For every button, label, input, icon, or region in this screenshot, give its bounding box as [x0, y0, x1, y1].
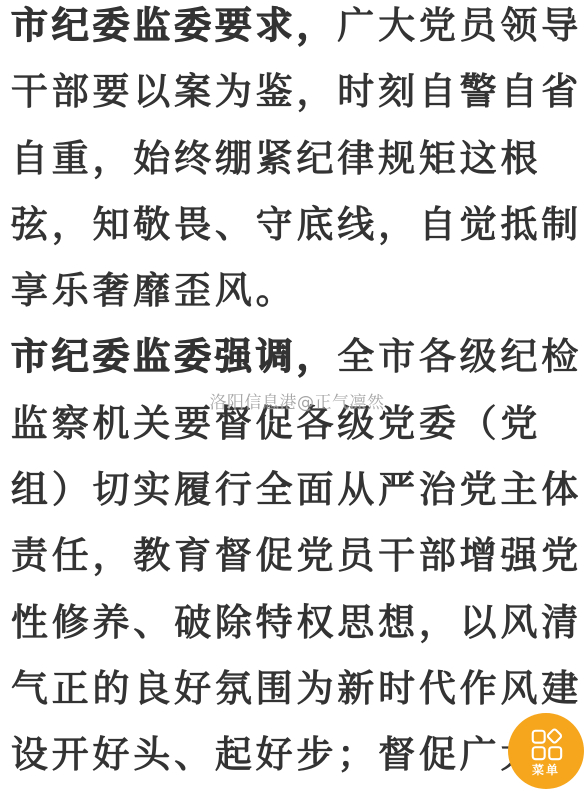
article-page: 市纪委监委要求，广大党员领导干部要以案为鉴，时刻自警自省自重，始终绷紧纪律规矩这…	[0, 0, 586, 800]
text-line: 设开好头、起好步；督促广大	[9, 731, 582, 797]
menu-button[interactable]: 菜单	[508, 713, 584, 789]
text-line: 组）切实履行全面从严治党主体	[9, 466, 582, 532]
text-line: 自重，始终绷紧纪律规矩这根	[9, 135, 582, 201]
text-line: 责任，教育督促党员干部增强党	[9, 532, 582, 598]
text-line: 性修养、破除特权思想，以风清	[9, 599, 582, 665]
text-line: 享乐奢靡歪风。	[9, 267, 582, 333]
text-line: 干部要以案为鉴，时刻自警自省	[9, 68, 582, 134]
watermark: 洛阳信息港@正气凛然	[210, 388, 385, 413]
text-line: 弦，知敬畏、守底线，自觉抵制	[9, 201, 582, 267]
menu-button-label: 菜单	[532, 762, 560, 778]
text-line: 市纪委监委要求，广大党员领导	[9, 2, 582, 68]
text-line: 气正的良好氛围为新时代作风建	[9, 665, 582, 731]
app-grid-icon	[530, 728, 563, 761]
